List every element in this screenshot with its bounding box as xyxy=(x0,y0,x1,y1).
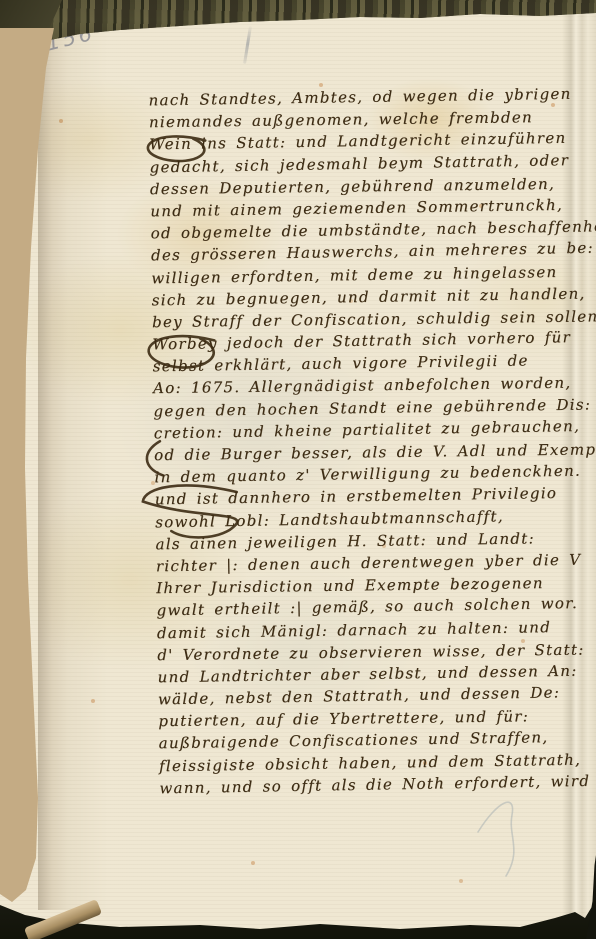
pencil-mark xyxy=(243,26,252,64)
handwritten-text-block: nach Standtes, Ambtes, od wegen die ybri… xyxy=(134,82,596,809)
gutter-shadow xyxy=(38,30,108,910)
manuscript-page: 156 nach Standtes, Ambtes, od wegen die … xyxy=(0,0,596,939)
manuscript-scan: 156 nach Standtes, Ambtes, od wegen die … xyxy=(0,0,596,939)
